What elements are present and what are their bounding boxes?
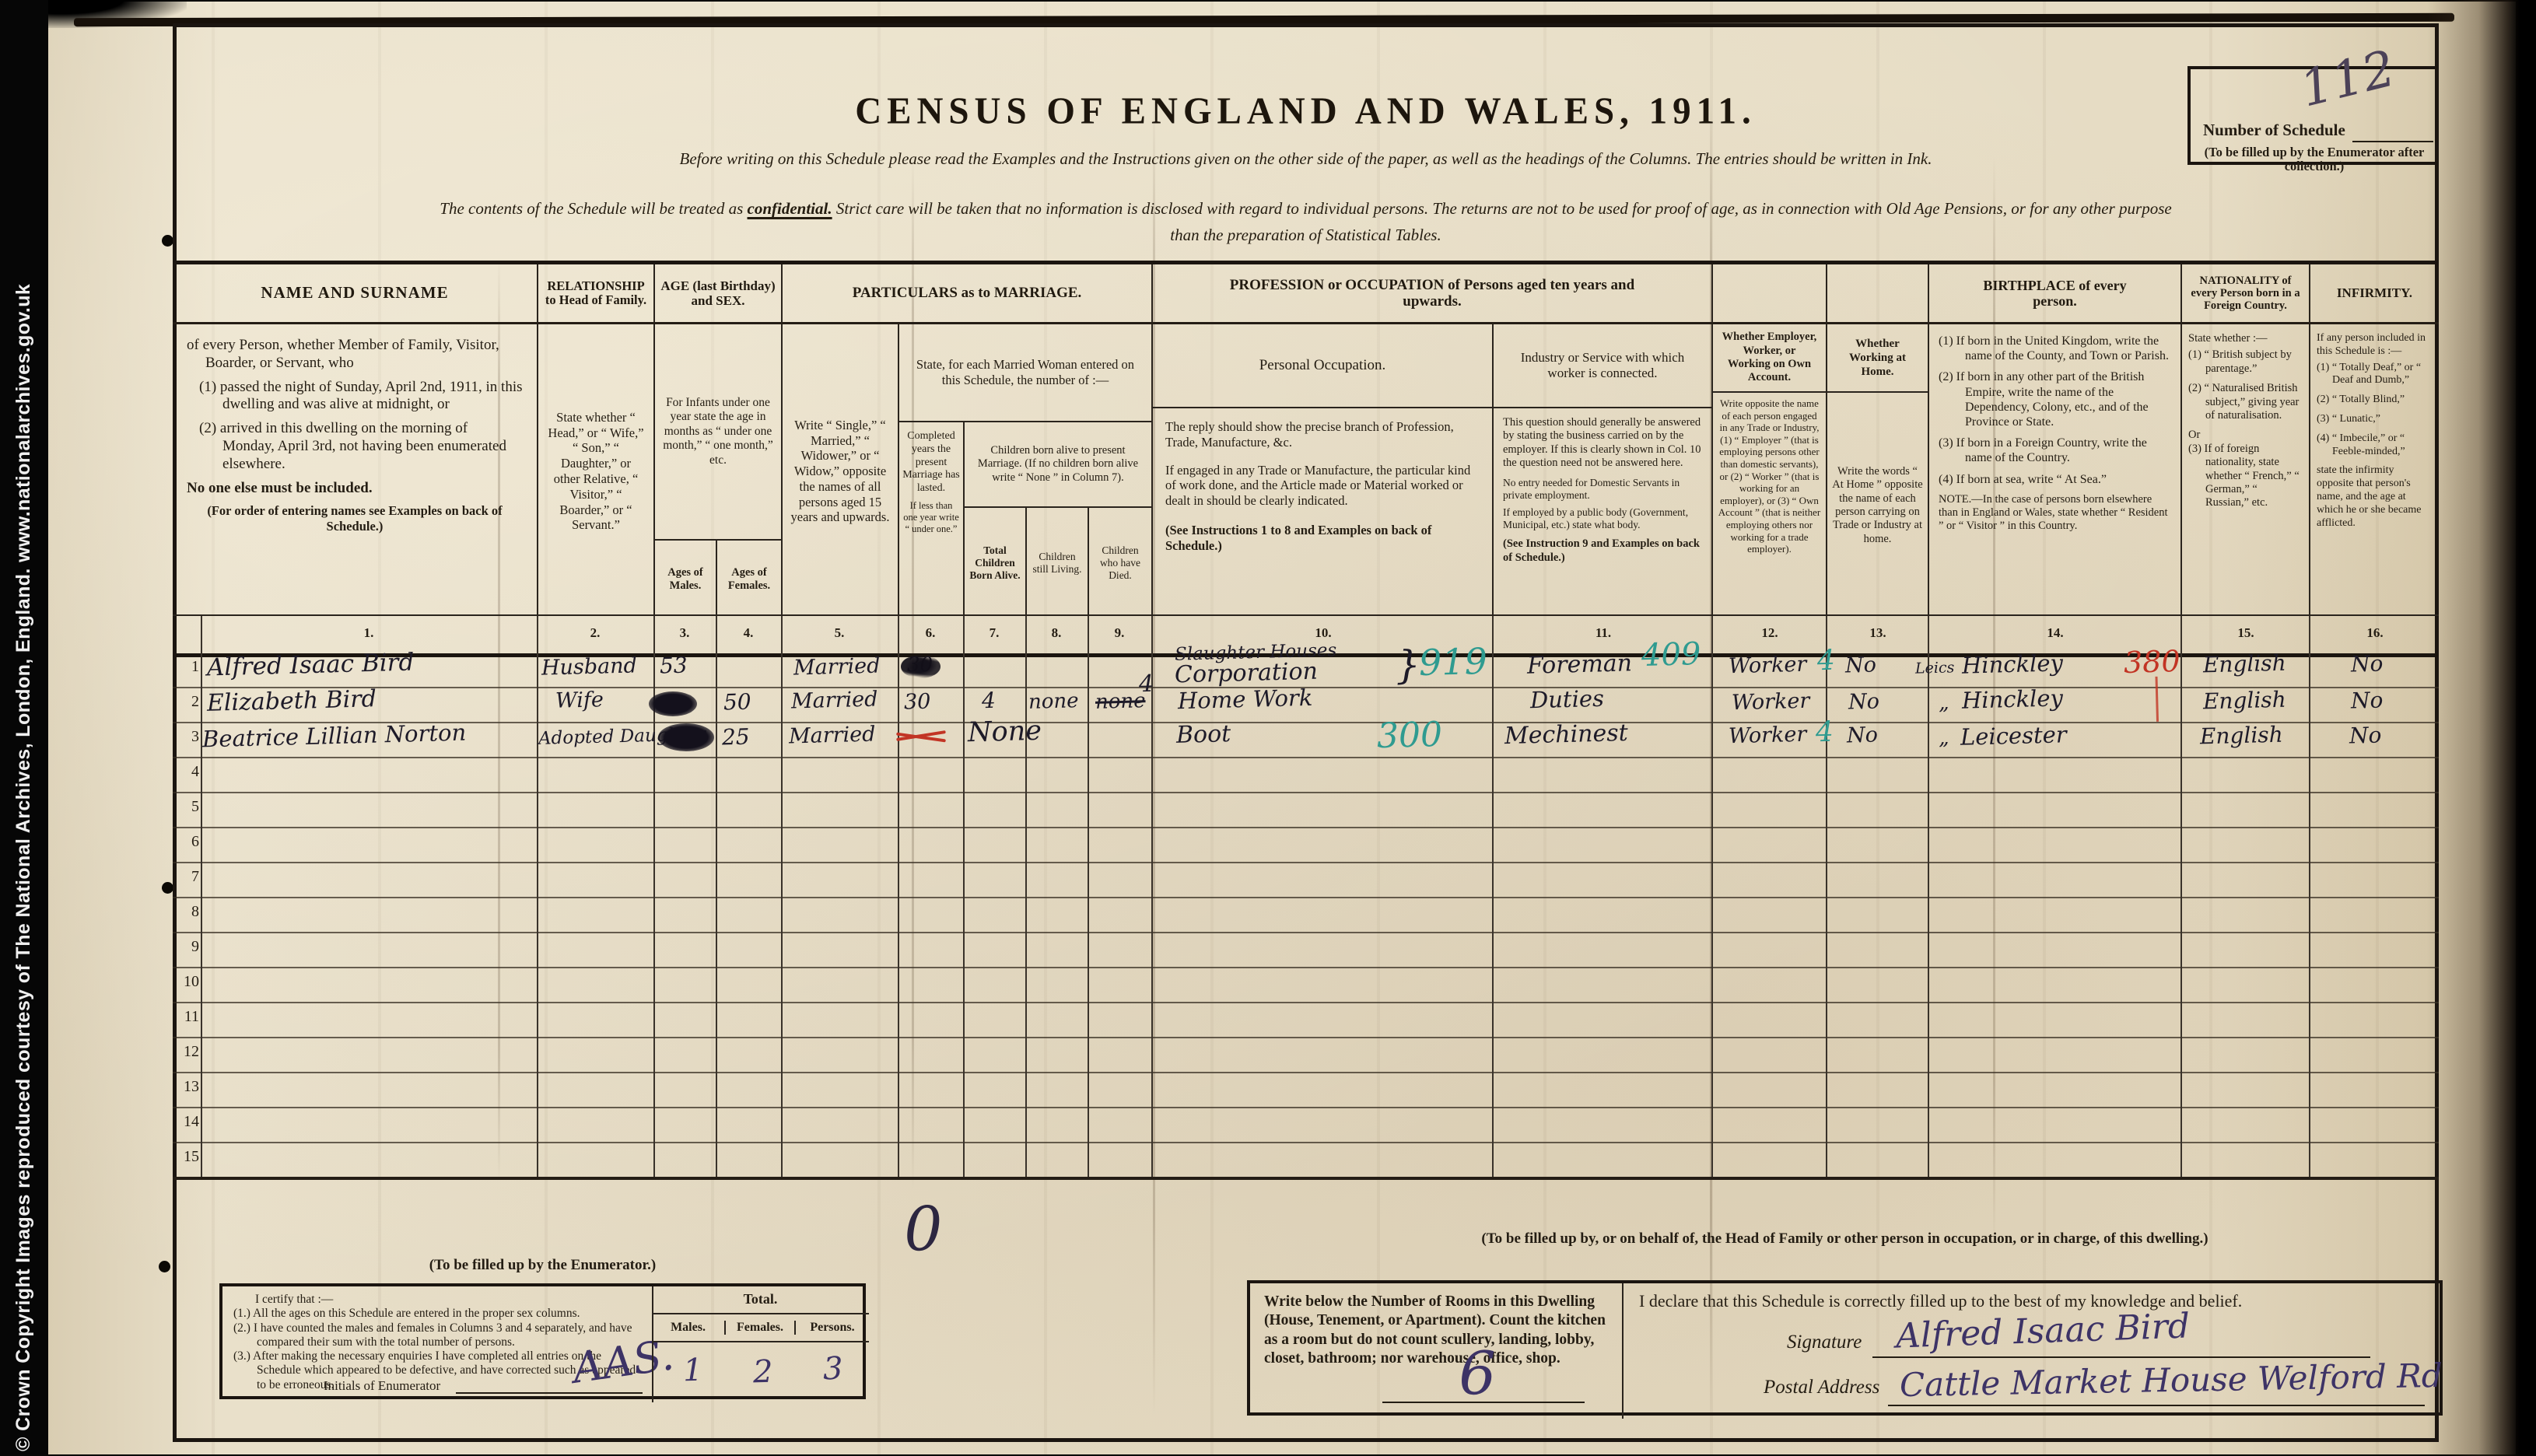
col-desc-infirmity: If any person included in this Schedule … <box>2309 324 2439 618</box>
address-line <box>1888 1405 2425 1406</box>
ink-blot <box>649 691 697 716</box>
confidential-word: confidential. <box>748 199 832 218</box>
col-desc-married-woman: State, for each Married Woman entered on… <box>898 324 1151 422</box>
table-row-empty: 13 <box>173 1072 2439 1108</box>
confidential-post: Strict care will be taken that no inform… <box>832 199 2172 218</box>
employment-tick: 4 <box>1817 647 1836 676</box>
col-desc-birthplace: (1) If born in the United Kingdom, write… <box>1928 324 2180 618</box>
occupation-code: 300 <box>1376 718 1442 754</box>
col-subhead-children-total: Total Children Born Alive. <box>963 508 1025 618</box>
entry-at-home: No <box>1847 724 1879 746</box>
males-total: 1 <box>682 1355 702 1387</box>
form-title: CENSUS OF ENGLAND AND WALES, 1911. <box>173 89 2439 133</box>
rooms-instruction: Write below the Number of Rooms in this … <box>1264 1293 1610 1369</box>
col-group-employer-spacer <box>1711 264 1826 324</box>
table-row-empty: 14 <box>173 1107 2439 1143</box>
table-row-empty: 4 <box>173 757 2439 793</box>
entry-employment: Worker <box>1729 724 1807 747</box>
initials-label: Initials of Enumerator <box>324 1378 440 1394</box>
females-total: 2 <box>752 1356 772 1388</box>
entry-condition: Married <box>791 689 878 712</box>
entry-nationality: English <box>2203 689 2286 713</box>
col-number: 16. <box>2358 625 2392 641</box>
females-label: Females. <box>724 1321 794 1335</box>
col-number: 12. <box>1753 625 1787 641</box>
col-group-marriage: PARTICULARS as to MARRIAGE. <box>781 264 1151 324</box>
rooms-value: 6 <box>1458 1343 1497 1403</box>
col-subhead-industry: Industry or Service with which worker is… <box>1492 324 1711 408</box>
entry-nationality: English <box>2200 724 2283 748</box>
table-row-empty: 10 <box>173 967 2439 1003</box>
instruction-line-2: The contents of the Schedule will be tre… <box>187 199 2425 219</box>
row-number: 2 <box>173 693 199 711</box>
punch-hole <box>162 882 173 894</box>
entry-birthplace: Hinckley <box>1962 687 2064 712</box>
table-row-empty: 8 <box>173 897 2439 933</box>
col-number: 2. <box>580 625 611 641</box>
entry-occupation: Boot <box>1176 723 1231 747</box>
totals-rule2 <box>652 1341 869 1342</box>
col-number: 3. <box>669 625 700 641</box>
entry-children-born: 4 <box>982 690 997 712</box>
col-group-infirmity: INFIRMITY. <box>2309 264 2439 324</box>
col-desc-name: of every Person, whether Member of Famil… <box>173 324 537 618</box>
punch-hole <box>159 1261 170 1272</box>
entry-years: 30 <box>904 691 931 713</box>
col-number: 15. <box>2229 625 2263 641</box>
col-desc-employer: Write opposite the name of each person e… <box>1711 393 1826 618</box>
row-number: 5 <box>173 798 199 816</box>
col-desc-personal-occupation: The reply should show the precise branch… <box>1151 408 1492 618</box>
employment-tick: 4 <box>1816 719 1834 747</box>
signature-label: Signature <box>1787 1332 1862 1353</box>
persons-total: 3 <box>822 1353 842 1385</box>
table-row-empty: 15 <box>173 1142 2439 1180</box>
entry-relationship: Wife <box>555 689 604 712</box>
entry-children-born: None <box>968 718 1042 747</box>
stray-zero-mark: 0 <box>903 1199 944 1260</box>
row-number: 1 <box>173 658 199 676</box>
census-1911-schedule-scan: © Crown Copyright Images reproduced cour… <box>0 0 2536 1456</box>
total-label: Total. <box>652 1291 869 1307</box>
col-desc-nationality: State whether :— (1) “ British subject b… <box>2180 324 2309 618</box>
row-number: 4 <box>173 763 199 781</box>
entry-birthplace: Hinckley <box>1962 652 2064 677</box>
table-row: 1 Alfred Isaac Bird Husband 53 Married 3… <box>173 652 2439 688</box>
total-rule <box>652 1313 869 1314</box>
row-number: 7 <box>173 868 199 886</box>
col-number: 11. <box>1586 625 1620 641</box>
entry-employment: Worker <box>1732 691 1810 714</box>
copyright-text: © Crown Copyright Images reproduced cour… <box>12 284 35 1451</box>
col-group-birthplace: BIRTHPLACE of every person. <box>1928 264 2180 324</box>
entry-occupation-brace: } <box>1395 646 1420 685</box>
col-subhead-personal-occupation: Personal Occupation. <box>1151 324 1492 408</box>
col-subhead-children-living: Children still Living. <box>1025 508 1088 618</box>
entry-condition: Married <box>789 724 876 747</box>
signature-value: Alfred Isaac Bird <box>1895 1309 2190 1353</box>
entry-relationship: Husband <box>541 655 638 678</box>
confidential-pre: The contents of the Schedule will be tre… <box>440 199 747 218</box>
col-number: 1. <box>353 625 384 641</box>
entry-birthplace-county: Leics <box>1915 660 1955 676</box>
col-group-age: AGE (last Birthday) and SEX. <box>653 264 781 324</box>
row-number: 13 <box>173 1078 199 1096</box>
col-group-name: NAME AND SURNAME <box>173 264 537 324</box>
table-header: NAME AND SURNAME RELATIONSHIP to Head of… <box>173 261 2439 614</box>
col-subhead-at-home: Whether Working at Home. <box>1826 324 1928 393</box>
address-label: Postal Address <box>1764 1377 1879 1398</box>
birthplace-ditto: „ <box>1939 728 1949 748</box>
col-number: 6. <box>915 625 946 641</box>
entry-name: Alfred Isaac Bird <box>207 651 415 681</box>
rooms-line <box>1382 1402 1585 1403</box>
col-desc-age-infants: For Infants under one year state the age… <box>653 324 781 539</box>
red-strike-mark <box>896 728 946 747</box>
row-number: 15 <box>173 1148 199 1166</box>
table-row-empty: 11 <box>173 1002 2439 1038</box>
col-group-home-spacer <box>1826 264 1928 324</box>
col-desc-marriage-write: Write “ Single,” “ Married,” “ Widower,”… <box>781 324 898 618</box>
schedule-number-box: Number of Schedule (To be filled up by t… <box>2187 66 2439 165</box>
table-row: 3 Beatrice Lillian Norton Adopted Daught… <box>173 722 2439 758</box>
entry-at-home: No <box>1848 691 1880 712</box>
col-number: 7. <box>979 625 1010 641</box>
occupation-code: 919 <box>1418 643 1487 681</box>
entry-nationality: English <box>2203 653 2286 677</box>
address-value: Cattle Market House Welford Rd <box>1900 1360 2443 1402</box>
household-heading: (To be filled up by, or on behalf of, th… <box>1247 1230 2443 1248</box>
col-desc-industry: This question should generally be answer… <box>1492 408 1711 618</box>
col-subhead-ages-males: Ages of Males. <box>653 539 716 618</box>
col-subhead-employer: Whether Employer, Worker, or Working on … <box>1711 324 1826 393</box>
table-row: 2 Elizabeth Bird Wife 50 Married 30 4 no… <box>173 687 2439 723</box>
row-number: 14 <box>173 1113 199 1131</box>
col-number: 10. <box>1306 625 1340 641</box>
schedule-number-label: Number of Schedule <box>2203 121 2345 140</box>
signature-line <box>1872 1356 2370 1358</box>
row-number: 10 <box>173 973 199 991</box>
instruction-line-1: Before writing on this Schedule please r… <box>204 149 2408 169</box>
schedule-number-note: (To be filled up by the Enumerator after… <box>2194 145 2435 173</box>
table-row-empty: 12 <box>173 1037 2439 1073</box>
col-number: 9. <box>1104 625 1135 641</box>
entry-infirmity: No <box>2351 689 2384 712</box>
entry-years-scribbled: 30 <box>907 653 933 677</box>
row-number: 3 <box>173 728 199 746</box>
col-group-relationship: RELATIONSHIP to Head of Family. <box>537 264 653 324</box>
initials-line <box>456 1392 643 1394</box>
entry-industry: Mechinest <box>1504 722 1628 748</box>
col-number: 14. <box>2038 625 2072 641</box>
industry-code: 409 <box>1641 639 1701 671</box>
entry-age-males: 53 <box>660 655 688 677</box>
enumerator-heading: (To be filled up by the Enumerator.) <box>219 1257 866 1274</box>
row-number: 11 <box>173 1008 199 1026</box>
col-number: 13. <box>1861 625 1895 641</box>
row-number: 6 <box>173 833 199 851</box>
row-number: 12 <box>173 1043 199 1061</box>
entry-name: Beatrice Lillian Norton <box>202 722 467 751</box>
col-number: 5. <box>824 625 855 641</box>
ink-blot <box>658 723 714 751</box>
table-row-empty: 7 <box>173 862 2439 898</box>
col-desc-children-born: Children born alive to present Marriage.… <box>963 422 1151 508</box>
table-row-empty: 9 <box>173 932 2439 968</box>
entry-occupation-line2: Corporation <box>1175 660 1319 688</box>
household-box: Write below the Number of Rooms in this … <box>1247 1280 2443 1416</box>
col-number: 8. <box>1041 625 1072 641</box>
entry-at-home: No <box>1845 654 1877 676</box>
entry-employment: Worker <box>1729 654 1807 677</box>
table-row-empty: 5 <box>173 792 2439 828</box>
entry-condition: Married <box>793 656 881 679</box>
col-desc-relationship: State whether “ Head,” or “ Wife,” “ Son… <box>537 324 653 618</box>
birthplace-ditto: „ <box>1939 693 1949 713</box>
entry-children-living: none <box>1028 691 1079 712</box>
col-desc-completed-years: Completed years the present Marriage has… <box>898 422 963 618</box>
table-row-empty: 6 <box>173 827 2439 863</box>
persons-label: Persons. <box>794 1321 869 1335</box>
entry-infirmity: No <box>2349 724 2382 747</box>
entry-name: Elizabeth Bird <box>207 688 377 716</box>
household-divider <box>1622 1283 1624 1419</box>
punch-hole <box>162 235 173 247</box>
entry-children-died-struck: none <box>1095 691 1146 712</box>
entry-age-females: 50 <box>723 691 751 714</box>
col-number: 4. <box>733 625 764 641</box>
col-subhead-ages-females: Ages of Females. <box>716 539 781 618</box>
schedule-number-line <box>2352 141 2433 142</box>
instruction-line-3: than the preparation of Statistical Tabl… <box>187 226 2425 245</box>
entry-occupation: Home Work <box>1178 687 1313 713</box>
birthplace-code: 380 <box>2124 646 2181 677</box>
entry-children-died-correction: 4 <box>1139 673 1154 696</box>
col-desc-at-home: Write the words “ At Home ” opposite the… <box>1826 393 1928 618</box>
entry-industry: Duties <box>1530 688 1605 712</box>
declaration-text: I declare that this Schedule is correctl… <box>1639 1291 2433 1311</box>
entry-birthplace: Leicester <box>1960 723 2067 749</box>
row-number: 8 <box>173 903 199 921</box>
copyright-strip: © Crown Copyright Images reproduced cour… <box>0 0 48 1456</box>
col-group-nationality: NATIONALITY of every Person born in a Fo… <box>2180 264 2309 324</box>
enumerator-box: I certify that :— (1.) All the ages on t… <box>219 1283 866 1399</box>
row-number: 9 <box>173 938 199 956</box>
males-label: Males. <box>652 1321 724 1335</box>
col-group-profession: PROFESSION or OCCUPATION of Persons aged… <box>1151 264 1711 324</box>
entry-industry: Foreman <box>1527 652 1633 678</box>
entry-age-females: 25 <box>722 726 750 749</box>
entry-infirmity: No <box>2351 653 2384 675</box>
col-subhead-children-died: Children who have Died. <box>1088 508 1151 618</box>
